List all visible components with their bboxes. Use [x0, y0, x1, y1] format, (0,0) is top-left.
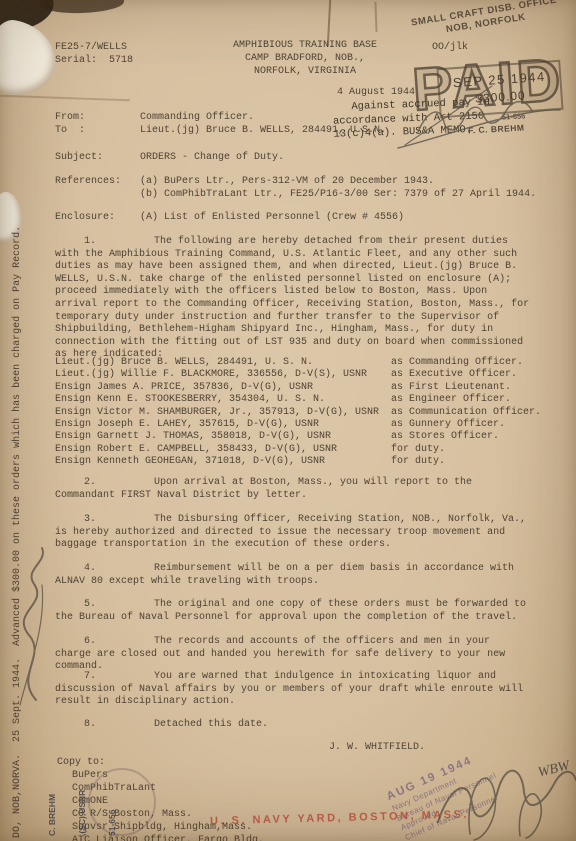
- paragraph-1: 1.The following are hereby detached from…: [55, 236, 531, 362]
- paragraph-2-number: 2.: [55, 477, 154, 490]
- margin-brehm-line: ,(SC),USNR: [77, 790, 87, 836]
- officer-duty: as Commanding Officer.: [391, 357, 541, 369]
- reference-b: (b) ComPhibTraLant Ltr., FE25/P16-3/00 S…: [140, 189, 536, 202]
- officer-name: Ensign James A. PRICE, 357836, D-V(G), U…: [55, 382, 391, 394]
- document-date: 4 August 1944: [337, 87, 415, 100]
- officer-duty: as Stores Officer.: [391, 431, 541, 443]
- officer-duty: as Engineer Officer.: [391, 394, 541, 406]
- officer-duty: for duty.: [391, 456, 541, 468]
- enclosure-value: (A) List of Enlisted Personnel (Crew # 4…: [140, 212, 404, 225]
- paragraph-6-number: 6.: [55, 636, 154, 649]
- officer-name: Ensign Victor M. SHAMBURGER, Jr., 357913…: [55, 407, 391, 419]
- paragraph-8: 8.Detached this date.: [55, 719, 531, 732]
- subject-label: Subject:: [55, 152, 103, 165]
- officer-duty: as Gunnery Officer.: [391, 419, 541, 431]
- brehm-number-stamp: 51-656: [502, 111, 526, 121]
- paragraph-1-number: 1.: [55, 236, 154, 249]
- reference-a: (a) BuPers Ltr., Pers-312-VM of 20 Decem…: [140, 176, 434, 189]
- paragraph-7: 7.You are warned that indulgence in into…: [55, 671, 531, 709]
- officer-duty: as First Lieutenant.: [391, 382, 541, 394]
- paragraph-8-text: Detached this date.: [154, 719, 268, 730]
- officer-name: Ensign Kenneth GEOHEGAN, 371018, D-V(G),…: [55, 456, 391, 468]
- from-label: From:: [55, 112, 85, 125]
- officer-duty: for duty.: [391, 444, 541, 456]
- paragraph-7-number: 7.: [55, 671, 154, 684]
- signature-typed: J. W. WHITFIELD.: [329, 742, 425, 755]
- references-label: References:: [55, 176, 121, 189]
- to-label: To :: [55, 125, 85, 138]
- paragraph-2: 2.Upon arrival at Boston, Mass., you wil…: [55, 477, 531, 502]
- from-value: Commanding Officer.: [140, 112, 254, 125]
- to-value: Lieut.(jg) Bruce B. WELLS, 284491, U.S.N…: [140, 125, 386, 138]
- officer-name: Lieut.(jg) Willie F. BLACKMORE, 336556, …: [55, 369, 391, 381]
- copy-to-label: Copy to:: [57, 756, 264, 769]
- letterhead-line1: AMPHIBIOUS TRAINING BASE: [185, 40, 425, 53]
- officer-name: Ensign Garnett J. THOMAS, 358018, D-V(G)…: [55, 431, 391, 443]
- officer-name: Ensign Joseph E. LAHEY, 357615, D-V(G), …: [55, 419, 391, 431]
- paragraph-4-number: 4.: [55, 563, 154, 576]
- paragraph-6: 6.The records and accounts of the office…: [55, 636, 531, 674]
- paragraph-8-number: 8.: [55, 719, 154, 732]
- paragraph-3-number: 3.: [55, 514, 154, 527]
- margin-advance-note: DO, NOB,NORVA. 25 Sept. 1944. Advanced $…: [12, 226, 23, 838]
- officer-duty: as Executive Officer.: [391, 369, 541, 381]
- margin-brehm-stamp: C. BREHM ,(SC),USNR 51-656: [27, 790, 127, 836]
- paragraph-5-number: 5.: [55, 599, 154, 612]
- margin-brehm-line: 51-656: [107, 790, 117, 836]
- letterhead-line2: CAMP BRADFORD, NOB.,: [185, 53, 425, 66]
- officer-assignment-list: Lieut.(jg) Bruce B. WELLS, 284491, U. S.…: [55, 357, 541, 469]
- officer-name: Lieut.(jg) Bruce B. WELLS, 284491, U. S.…: [55, 357, 391, 369]
- paragraph-1-text: The following are hereby detached from t…: [55, 236, 529, 360]
- letterhead-line3: NORFOLK, VIRGINIA: [185, 66, 425, 79]
- file-code: FE25-7/WELLS: [55, 42, 127, 55]
- margin-brehm-line: C. BREHM: [47, 790, 57, 836]
- officer-name: Ensign Robert E. CAMPBELL, 358433, D-V(G…: [55, 444, 391, 456]
- paragraph-5: 5.The original and one copy of these ord…: [55, 599, 531, 624]
- subject-value: ORDERS - Change of Duty.: [140, 152, 284, 165]
- serial-number: Serial: 5718: [55, 55, 133, 68]
- enclosure-label: Enclosure:: [55, 212, 115, 225]
- officer-name: Ensign Kenn E. STOOKESBERRY, 354304, U. …: [55, 394, 391, 406]
- officer-duty: as Communication Officer.: [391, 407, 541, 419]
- paragraph-4: 4.Reimbursement will be on a per diem ba…: [55, 563, 531, 588]
- paragraph-3: 3.The Disbursing Officer, Receiving Stat…: [55, 514, 531, 552]
